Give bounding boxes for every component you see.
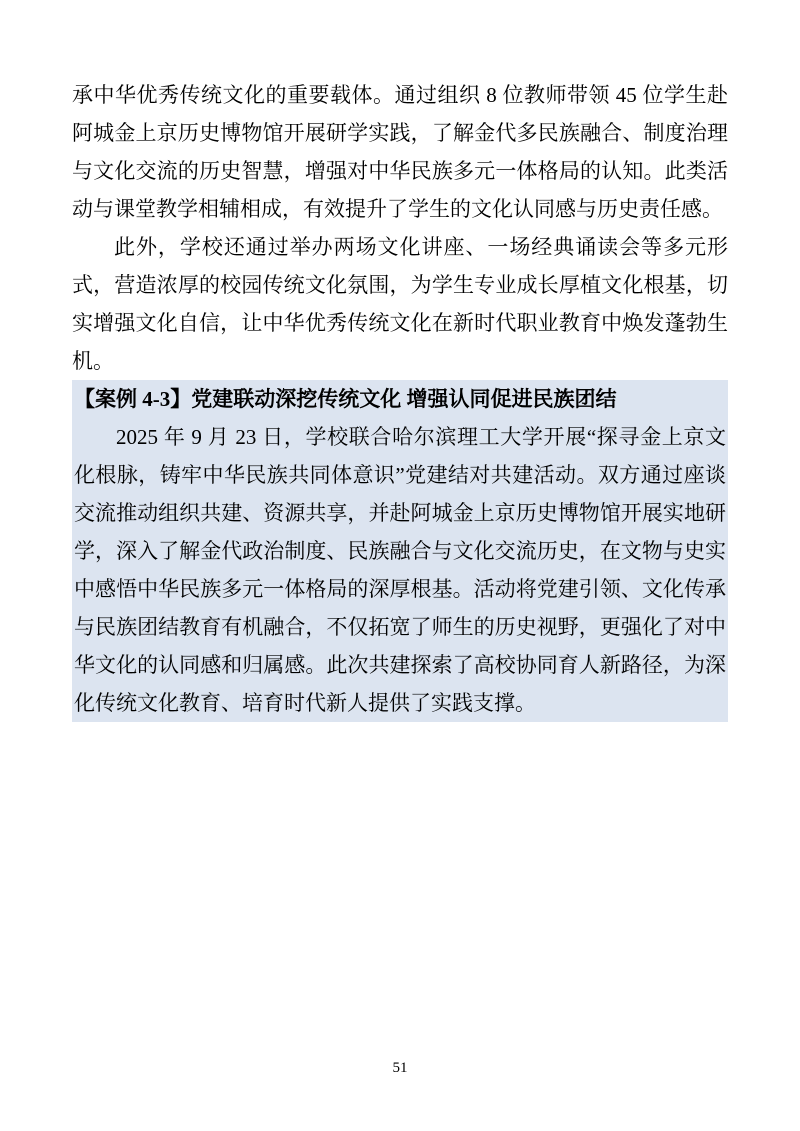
page-number: 51 [0,1060,800,1077]
body-paragraph-1: 承中华优秀传统文化的重要载体。通过组织 8 位教师带领 45 位学生赴阿城金上京… [72,76,728,228]
case-highlight-block: 【案例 4-3】党建联动深挖传统文化 增强认同促进民族团结 2025 年 9 月… [72,380,728,722]
case-heading: 【案例 4-3】党建联动深挖传统文化 增强认同促进民族团结 [74,380,726,418]
document-page: 承中华优秀传统文化的重要载体。通过组织 8 位教师带领 45 位学生赴阿城金上京… [0,0,800,1131]
body-paragraph-2: 此外，学校还通过举办两场文化讲座、一场经典诵读会等多元形式，营造浓厚的校园传统文… [72,228,728,380]
case-paragraph: 2025 年 9 月 23 日，学校联合哈尔滨理工大学开展“探寻金上京文化根脉，… [74,418,726,722]
page-content: 承中华优秀传统文化的重要载体。通过组织 8 位教师带领 45 位学生赴阿城金上京… [72,76,728,722]
